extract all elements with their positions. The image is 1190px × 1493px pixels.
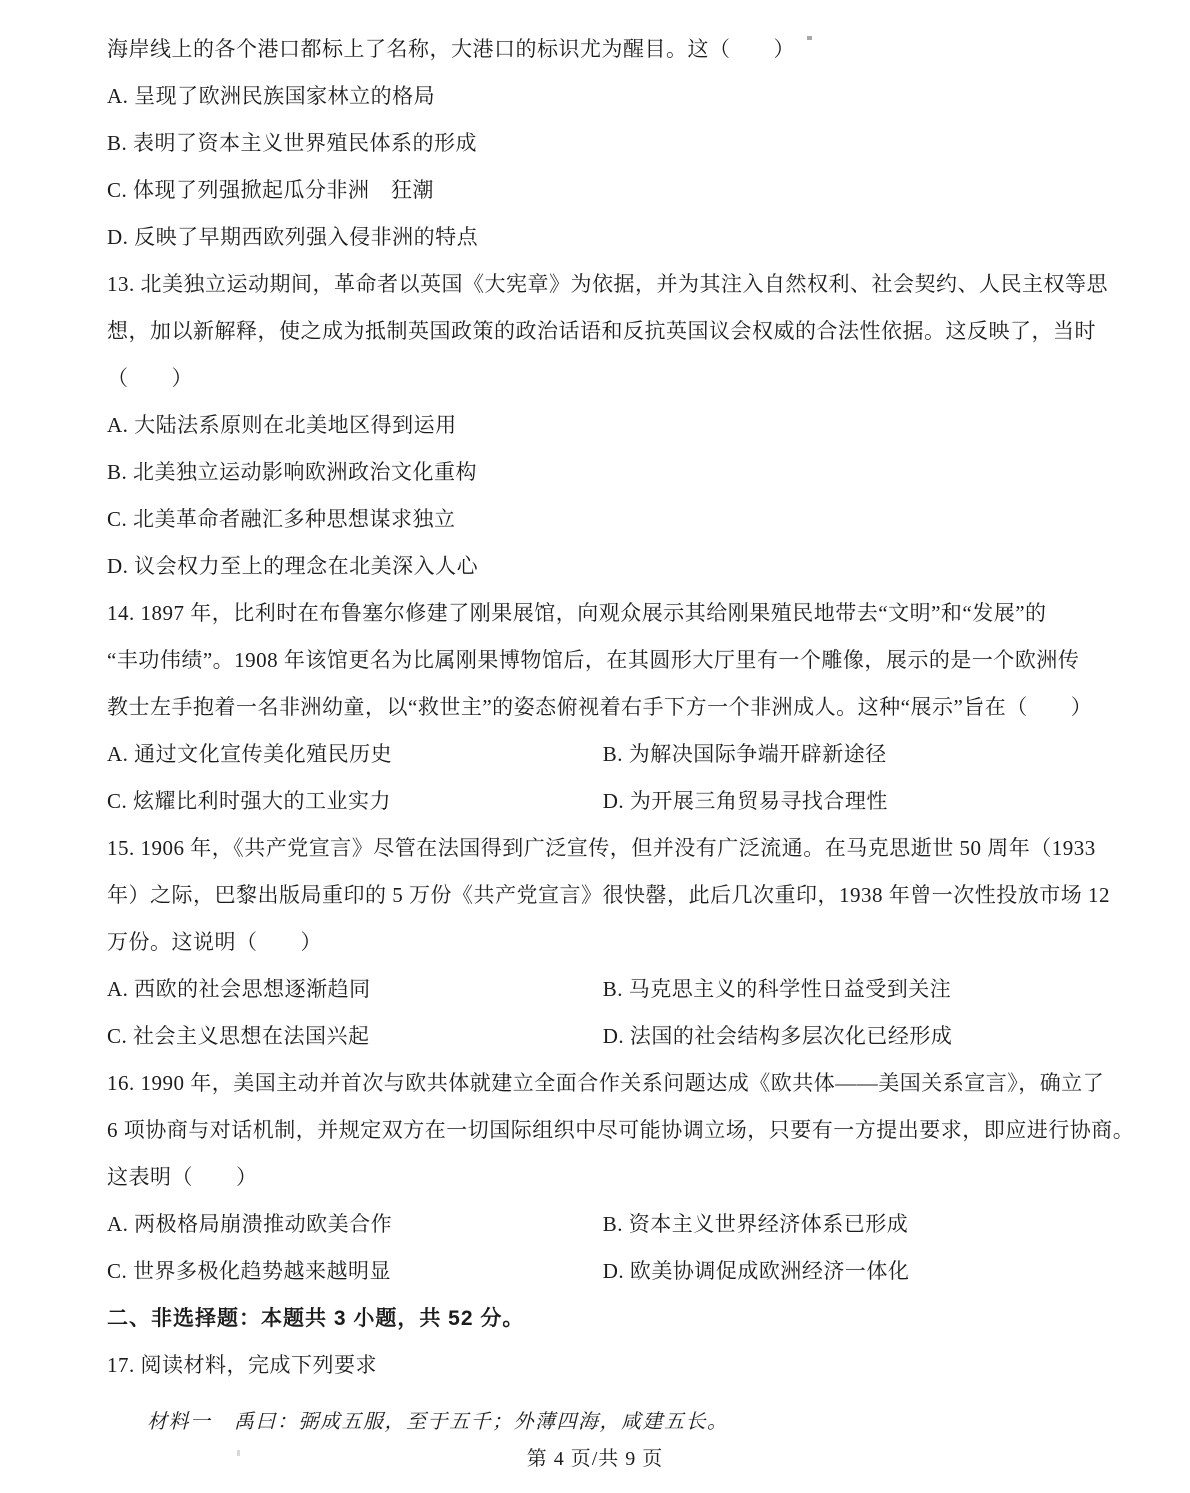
question-15-stem-line: 年）之际，巴黎出版局重印的 5 万份《共产党宣言》很快罄，此后几次重印，1938… [107, 872, 1107, 919]
material-1-text: 禹曰：弼成五服，至于五千；外薄四海，咸建五长。 [234, 1411, 729, 1433]
question-16-option-row: A. 两极格局崩溃推动欧美合作 B. 资本主义世界经济体系已形成 [107, 1201, 1107, 1248]
question-17-stem: 17. 阅读材料，完成下列要求 [107, 1342, 1107, 1389]
question-15-option-row: A. 西欧的社会思想逐渐趋同 B. 马克思主义的科学性日益受到关注 [107, 966, 1107, 1013]
exam-body: 海岸线上的各个港口都标上了名称，大港口的标识尤为醒目。这（ ） A. 呈现了欧洲… [107, 26, 1107, 1446]
question-16-option-d: D. 欧美协调促成欧洲经济一体化 [603, 1259, 910, 1283]
question-16-option-row: C. 世界多极化趋势越来越明显 D. 欧美协调促成欧洲经济一体化 [107, 1248, 1107, 1295]
question-14-stem-line: 教士左手抱着一名非洲幼童，以“救世主”的姿态俯视着右手下方一个非洲成人。这种“展… [107, 684, 1107, 731]
exam-page: 海岸线上的各个港口都标上了名称，大港口的标识尤为醒目。这（ ） A. 呈现了欧洲… [0, 0, 1190, 1493]
question-15-stem-line: 15. 1906 年，《共产党宣言》尽管在法国得到广泛宣传，但并没有广泛流通。在… [107, 825, 1107, 872]
question-14-option-c: C. 炫耀比利时强大的工业实力 [107, 778, 597, 825]
question-12-option-a: A. 呈现了欧洲民族国家林立的格局 [107, 73, 1107, 120]
question-12-option-d: D. 反映了早期西欧列强入侵非洲的特点 [107, 214, 1107, 261]
question-16-stem-line: 16. 1990 年，美国主动并首次与欧共体就建立全面合作关系问题达成《欧共体—… [107, 1060, 1107, 1107]
question-13-option-b: B. 北美独立运动影响欧洲政治文化重构 [107, 449, 1107, 496]
question-13-stem-line: （ ） [107, 355, 1107, 402]
question-12-stem-line: 海岸线上的各个港口都标上了名称，大港口的标识尤为醒目。这（ ） [107, 26, 1107, 73]
question-15-option-row: C. 社会主义思想在法国兴起 D. 法国的社会结构多层次化已经形成 [107, 1013, 1107, 1060]
question-16-stem-line: 6 项协商与对话机制，并规定双方在一切国际组织中尽可能协调立场，只要有一方提出要… [107, 1107, 1107, 1154]
question-17-material-1: 材料一 禹曰：弼成五服，至于五千；外薄四海，咸建五长。 [107, 1399, 1107, 1446]
question-12-option-c: C. 体现了列强掀起瓜分非洲 狂潮 [107, 167, 1107, 214]
question-15-stem-line: 万份。这说明（ ） [107, 919, 1107, 966]
material-1-label: 材料一 [147, 1411, 212, 1433]
question-14-stem-line: 14. 1897 年，比利时在布鲁塞尔修建了刚果展馆，向观众展示其给刚果殖民地带… [107, 590, 1107, 637]
question-16-stem-line: 这表明（ ） [107, 1154, 1107, 1201]
question-14-option-row: C. 炫耀比利时强大的工业实力 D. 为开展三角贸易寻找合理性 [107, 778, 1107, 825]
question-12-option-b: B. 表明了资本主义世界殖民体系的形成 [107, 120, 1107, 167]
question-14-stem-line: “丰功伟绩”。1908 年该馆更名为比属刚果博物馆后，在其圆形大厅里有一个雕像，… [107, 637, 1107, 684]
question-14-option-a: A. 通过文化宣传美化殖民历史 [107, 731, 597, 778]
question-16-option-c: C. 世界多极化趋势越来越明显 [107, 1248, 597, 1295]
question-13-option-a: A. 大陆法系原则在北美地区得到运用 [107, 402, 1107, 449]
question-15-option-d: D. 法国的社会结构多层次化已经形成 [603, 1024, 953, 1048]
question-15-option-a: A. 西欧的社会思想逐渐趋同 [107, 966, 597, 1013]
question-13-option-d: D. 议会权力至上的理念在北美深入人心 [107, 543, 1107, 590]
question-15-option-b: B. 马克思主义的科学性日益受到关注 [603, 977, 952, 1001]
question-14-option-d: D. 为开展三角贸易寻找合理性 [603, 789, 888, 813]
question-14-option-row: A. 通过文化宣传美化殖民历史 B. 为解决国际争端开辟新途径 [107, 731, 1107, 778]
page-number: 第 4 页/共 9 页 [0, 1442, 1190, 1471]
question-16-option-a: A. 两极格局崩溃推动欧美合作 [107, 1201, 597, 1248]
question-14-option-b: B. 为解决国际争端开辟新途径 [603, 742, 887, 766]
question-16-option-b: B. 资本主义世界经济体系已形成 [603, 1212, 909, 1236]
question-15-option-c: C. 社会主义思想在法国兴起 [107, 1013, 597, 1060]
section-2-heading: 二、非选择题：本题共 3 小题，共 52 分。 [107, 1295, 1107, 1342]
question-13-stem-line: 想，加以新解释，使之成为抵制英国政策的政治话语和反抗英国议会权威的合法性依据。这… [107, 308, 1107, 355]
question-13-stem-line: 13. 北美独立运动期间，革命者以英国《大宪章》为依据，并为其注入自然权利、社会… [107, 261, 1107, 308]
question-13-option-c: C. 北美革命者融汇多种思想谋求独立 [107, 496, 1107, 543]
